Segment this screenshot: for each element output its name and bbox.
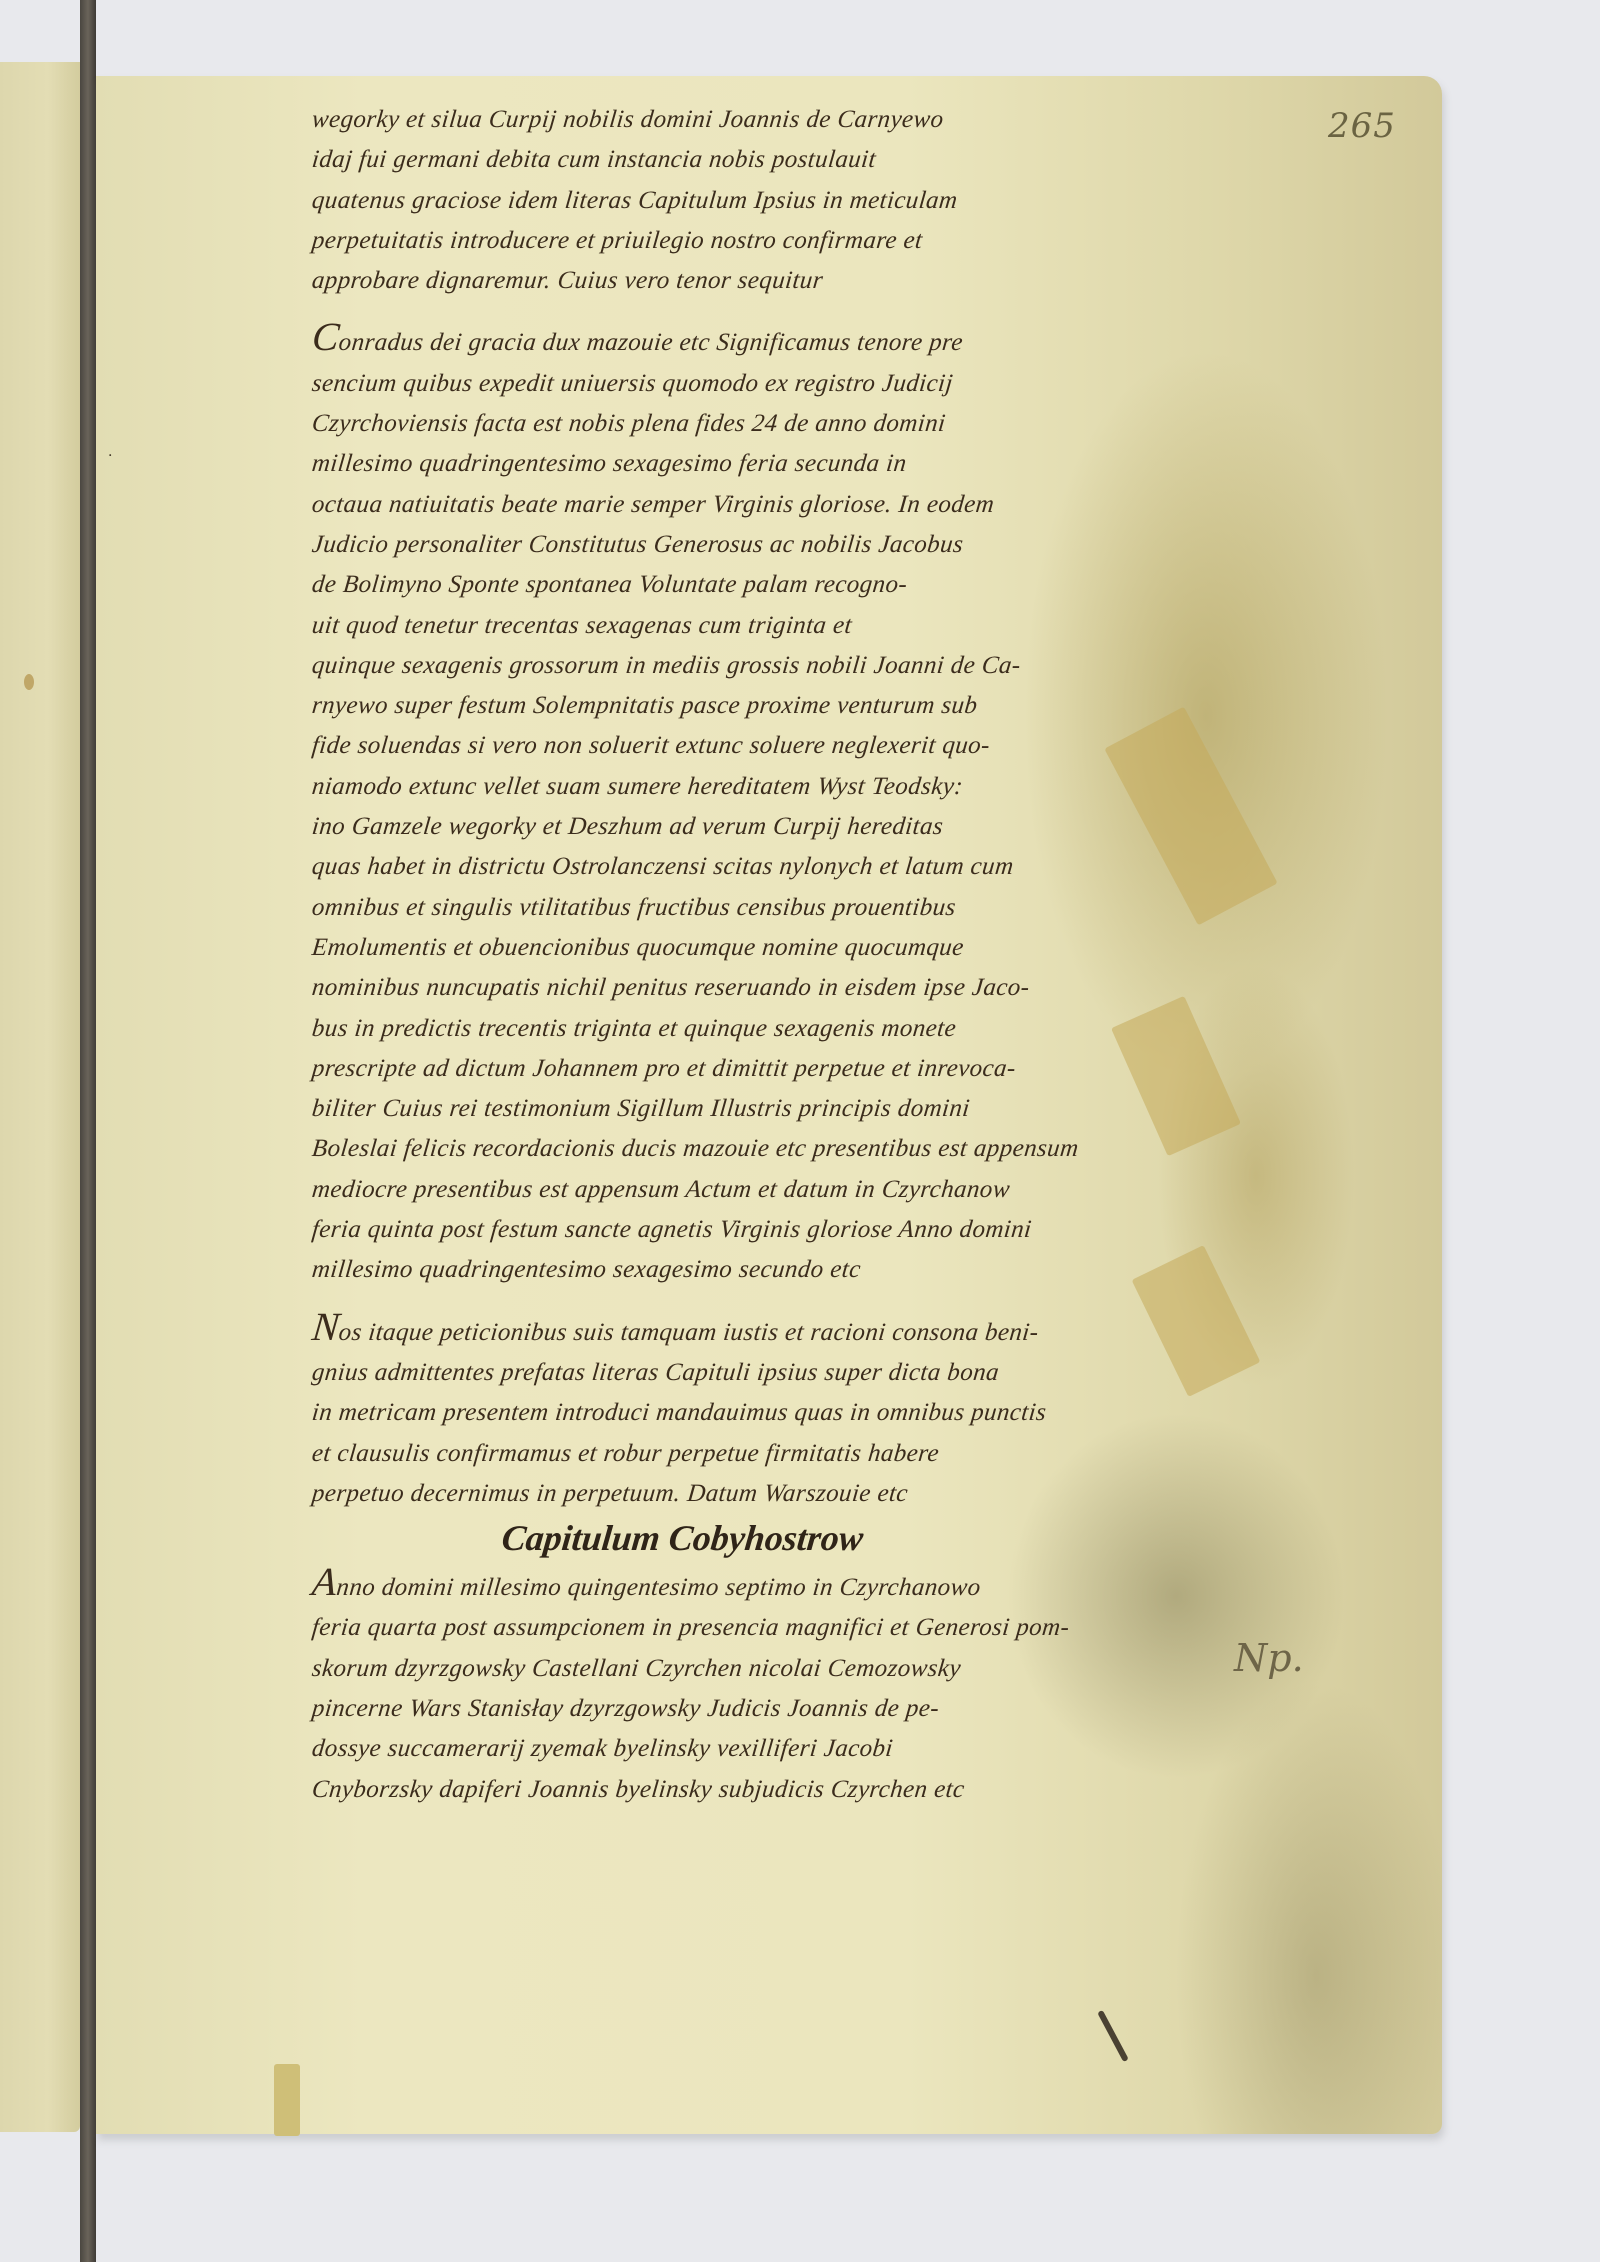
text-line: gnius admittentes prefatas literas Capit… [310,1353,1274,1393]
section-heading: Capitulum Cobyhostrow [309,1514,1274,1562]
text-line: de Bolimyno Sponte spontanea Voluntate p… [310,565,1274,605]
text-line: millesimo quadringentesimo sexagesimo se… [310,1250,1274,1290]
text-line: in metricam presentem introduci mandauim… [310,1393,1274,1433]
ink-stroke [1097,2010,1129,2062]
margin-note: Np. [1234,1636,1304,1680]
previous-leaf-edge [0,62,80,2132]
text-line: feria quarta post assumpcionem in presen… [310,1608,1274,1648]
text-line: millesimo quadringentesimo sexagesimo fe… [310,444,1274,484]
text-line: mediocre presentibus est appensum Actum … [310,1170,1274,1210]
text-line: Conradus dei gracia dux mazouie etc Sign… [310,317,1275,363]
text-line: approbare dignaremur. Cuius vero tenor s… [310,261,1274,301]
text-line: uit quod tenetur trecentas sexagenas cum… [310,606,1274,646]
text-line: quatenus graciose idem literas Capitulum… [310,181,1274,221]
text-line: sencium quibus expedit uniuersis quomodo… [310,364,1274,404]
text-line: dossye succamerarij zyemak byelinsky vex… [310,1729,1274,1769]
paragraph-1: wegorky et silua Curpij nobilis domini J… [312,100,1272,301]
text-line: octaua natiuitatis beate marie semper Vi… [310,485,1274,525]
text-line: et clausulis confirmamus et robur perpet… [310,1434,1274,1474]
text-line: pincerne Wars Stanisłay dzyrzgowsky Judi… [310,1689,1274,1729]
folio-number: 265 [1328,106,1396,146]
text-line: Nos itaque peticionibus suis tamquam ius… [310,1307,1275,1353]
text-line: biliter Cuius rei testimonium Sigillum I… [310,1089,1274,1129]
paragraph-3: Nos itaque peticionibus suis tamquam ius… [312,1307,1272,1514]
text-line: niamodo extunc vellet suam sumere heredi… [310,767,1274,807]
text-line: rnyewo super festum Solempnitatis pasce … [310,686,1274,726]
text-line: quinque sexagenis grossorum in mediis gr… [310,646,1274,686]
book-spine [80,0,96,2262]
text-line: Cnyborzsky dapiferi Joannis byelinsky su… [310,1770,1274,1810]
text-line: skorum dzyrzgowsky Castellani Czyrchen n… [310,1649,1274,1689]
paragraph-2: Conradus dei gracia dux mazouie etc Sign… [312,317,1272,1290]
text-line: bus in predictis trecentis triginta et q… [310,1009,1274,1049]
repair-tape [274,2064,300,2136]
text-line: Anno domini millesimo quingentesimo sept… [310,1562,1275,1608]
text-line: perpetuo decernimus in perpetuum. Datum … [310,1474,1274,1514]
text-line: feria quinta post festum sancte agnetis … [310,1210,1274,1250]
text-line: omnibus et singulis vtilitatibus fructib… [310,888,1274,928]
margin-mark: · [108,448,112,464]
paragraph-4: Anno domini millesimo quingentesimo sept… [312,1562,1272,1810]
text-block: wegorky et silua Curpij nobilis domini J… [312,100,1272,1810]
text-line: Emolumentis et obuencionibus quocumque n… [310,928,1274,968]
text-line: fide soluendas si vero non soluerit extu… [310,726,1274,766]
text-line: Czyrchoviensis facta est nobis plena fid… [310,404,1274,444]
ink-spot [24,674,34,690]
text-line: Judicio personaliter Constitutus Generos… [310,525,1274,565]
text-line: prescripte ad dictum Johannem pro et dim… [310,1049,1274,1089]
text-line: idaj fui germani debita cum instancia no… [310,140,1274,180]
text-line: quas habet in districtu Ostrolanczensi s… [310,847,1274,887]
text-line: ino Gamzele wegorky et Deszhum ad verum … [310,807,1274,847]
text-line: Boleslai felicis recordacionis ducis maz… [310,1129,1274,1169]
text-line: perpetuitatis introducere et priuilegio … [310,221,1274,261]
text-line: nominibus nuncupatis nichil penitus rese… [310,968,1274,1008]
manuscript-folio: 265 · wegorky et silua Curpij nobilis do… [96,76,1442,2134]
text-line: wegorky et silua Curpij nobilis domini J… [310,100,1274,140]
